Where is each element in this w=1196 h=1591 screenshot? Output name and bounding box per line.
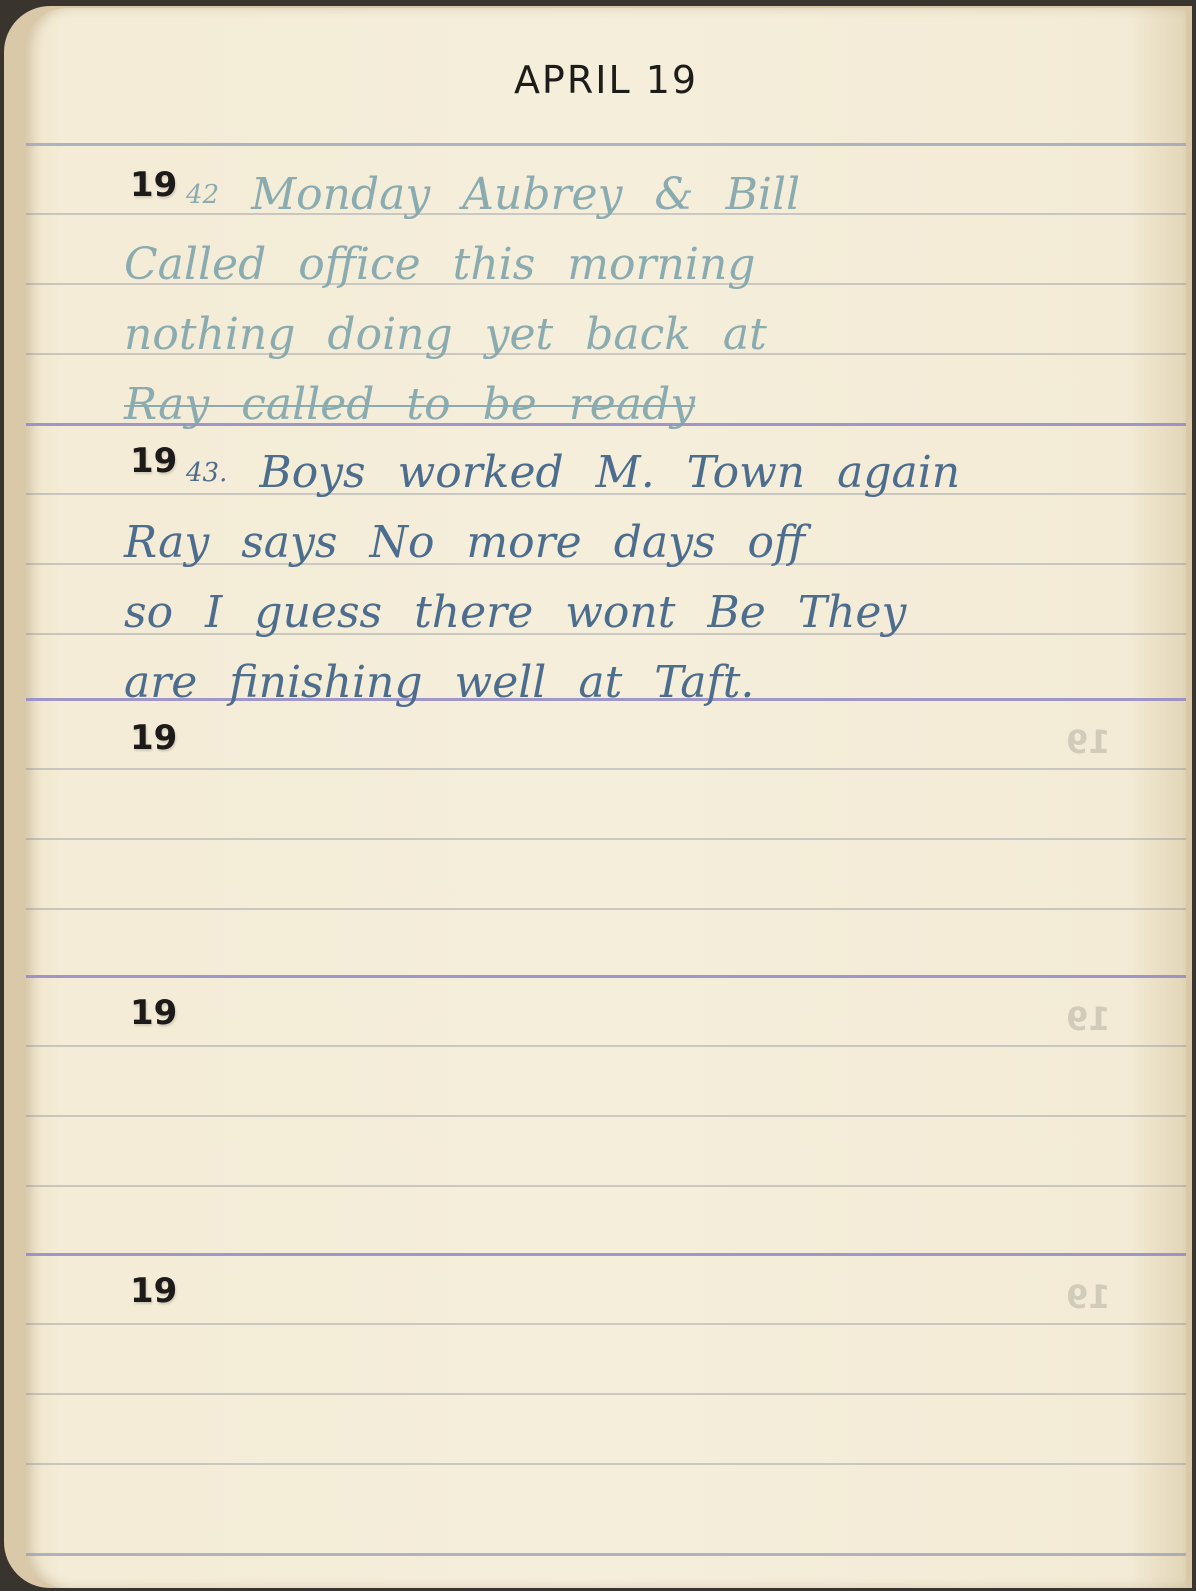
ruled-line	[26, 1115, 1186, 1117]
year-suffix: 43.	[186, 458, 227, 488]
bleed-through-year: 19	[1066, 1000, 1111, 1038]
section-divider-bottom	[26, 1553, 1186, 1556]
section-divider-top	[26, 143, 1186, 146]
diary-entry-1943: 43. Boys worked M. Town again Ray says N…	[124, 438, 1184, 718]
ruled-line	[26, 1463, 1186, 1465]
ruled-line	[26, 908, 1186, 910]
entry-line: Ray says No more days off	[124, 508, 1184, 578]
year-label-3: 19	[130, 718, 177, 758]
page-date-header: APRIL 19	[26, 58, 1186, 102]
entry-line: nothing doing yet back at	[124, 300, 1184, 370]
year-label-5: 19	[130, 1271, 177, 1311]
diary-entry-1942: 42 Monday Aubrey & Bill Called office th…	[124, 160, 1184, 440]
bleed-through-year: 19	[1066, 1278, 1111, 1316]
ruled-line	[26, 838, 1186, 840]
section-divider	[26, 1253, 1186, 1256]
ruled-line	[26, 1045, 1186, 1047]
ruled-line	[26, 768, 1186, 770]
entry-line: 43. Boys worked M. Town again	[124, 438, 1184, 508]
entry-line: are finishing well at Taft.	[124, 648, 1184, 718]
year-suffix: 42	[186, 180, 219, 210]
year-label-4: 19	[130, 993, 177, 1033]
ruled-line	[26, 1323, 1186, 1325]
entry-line: so I guess there wont Be They	[124, 578, 1184, 648]
entry-line: 42 Monday Aubrey & Bill	[124, 160, 1184, 230]
entry-line-struck: Ray called to be ready	[124, 370, 1184, 440]
entry-line: Called office this morning	[124, 230, 1184, 300]
section-divider	[26, 975, 1186, 978]
bleed-through-year: 19	[1066, 723, 1111, 761]
ruled-line	[26, 1393, 1186, 1395]
diary-page: APRIL 19 19 19 19 19 19 19 19 19 42 Mond…	[26, 8, 1186, 1588]
ruled-line	[26, 1185, 1186, 1187]
